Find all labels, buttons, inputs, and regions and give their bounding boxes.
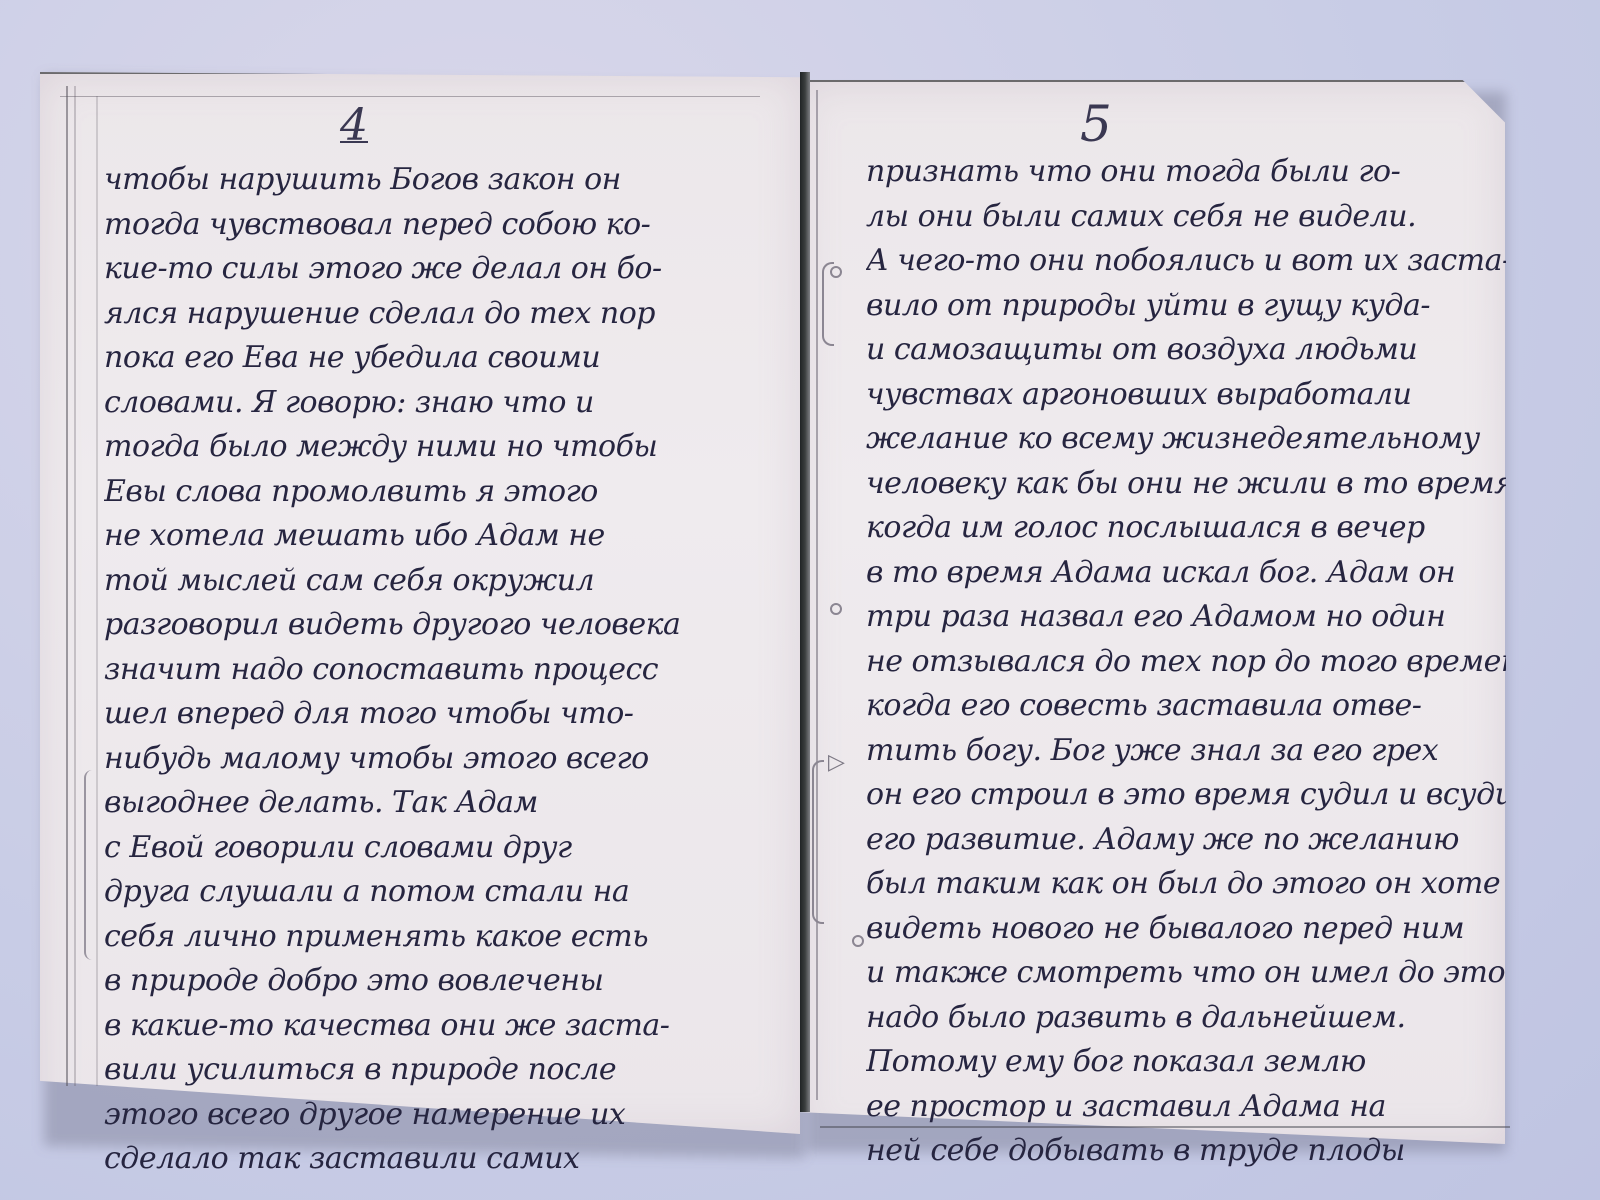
text-line: Евы слова промолвить я этого	[104, 470, 724, 515]
text-line: шел вперед для того чтобы что-	[104, 692, 724, 737]
text-line: признать что они тогда были го-	[866, 150, 1506, 195]
text-line: лы они были самих себя не видели.	[866, 195, 1506, 240]
text-line: вило от природы уйти в гущу куда-	[866, 284, 1506, 329]
book-spine	[800, 72, 810, 1112]
text-line: ялся нарушение сделал до тех пор	[104, 292, 724, 337]
text-line: пока его Ева не убедила своими	[104, 336, 724, 381]
left-margin-brace-mark	[84, 770, 94, 960]
text-line: ней себе добывать в труде плоды	[866, 1129, 1506, 1174]
text-line: той мыслей сам себя окружил	[104, 559, 724, 604]
margin-brace-mark	[822, 262, 834, 346]
text-line: и самозащиты от воздуха людьми	[866, 328, 1506, 373]
text-line: он его строил в это время судил и всудил	[866, 773, 1506, 818]
text-line: желание ко всему жизнедеятельному	[866, 417, 1506, 462]
text-line: себя лично применять какое есть	[104, 915, 724, 960]
text-line: в какие-то качества они же заста-	[104, 1004, 724, 1049]
text-line: три раза назвал его Адамом но один	[866, 595, 1506, 640]
text-line: нибудь малому чтобы этого всего	[104, 737, 724, 782]
text-line: видеть нового не бывалого перед ним	[866, 907, 1506, 952]
text-line: и также смотреть что он имел до этого	[866, 951, 1506, 996]
right-page-text: признать что они тогда были го- лы они б…	[866, 150, 1506, 1174]
text-line: его развитие. Адаму же по желанию	[866, 818, 1506, 863]
text-line: вили усилиться в природе после	[104, 1048, 724, 1093]
text-line: тогда было между ними но чтобы	[104, 425, 724, 470]
text-line: ее простор и заставил Адама на	[866, 1085, 1506, 1130]
text-line: когда его совесть заставила отве-	[866, 684, 1506, 729]
left-page-margin-line	[96, 96, 98, 1086]
text-line: человеку как бы они не жили в то время	[866, 462, 1506, 507]
text-line: чувствах аргоновших выработали	[866, 373, 1506, 418]
text-line: значит надо сопоставить процесс	[104, 648, 724, 693]
margin-brace-mark	[812, 760, 824, 924]
left-page-text: чтобы нарушить Богов закон он тогда чувс…	[104, 158, 724, 1182]
right-page-inner-edge	[816, 90, 818, 1100]
text-line: с Евой говорили словами друг	[104, 826, 724, 871]
text-line: разговорил видеть другого человека	[104, 603, 724, 648]
text-line: тогда чувствовал перед собою ко-	[104, 203, 724, 248]
text-line: выгоднее делать. Так Адам	[104, 781, 724, 826]
photo-background: 4 чтобы нарушить Богов закон он тогда чу…	[0, 0, 1600, 1200]
text-line: этого всего другое намерение их	[104, 1093, 724, 1138]
text-line: не отзывался до тех пор до того времени	[866, 640, 1506, 685]
text-line: чтобы нарушить Богов закон он	[104, 158, 724, 203]
text-line: был таким как он был до этого он хоте	[866, 862, 1506, 907]
text-line: кие-то силы этого же делал он бо-	[104, 247, 724, 292]
text-line: в природе добро это вовлечены	[104, 959, 724, 1004]
margin-circle-mark	[830, 603, 842, 615]
text-line: когда им голос послышался в вечер	[866, 506, 1506, 551]
text-line: надо было развить в дальнейшем.	[866, 996, 1506, 1041]
text-line: не хотела мешать ибо Адам не	[104, 514, 724, 559]
text-line: сделало так заставили самих	[104, 1137, 724, 1182]
text-line: тить богу. Бог уже знал за его грех	[866, 729, 1506, 774]
text-line: в то время Адама искал бог. Адам он	[866, 551, 1506, 596]
page-number-left: 4	[340, 100, 368, 151]
left-page-margin-line	[74, 86, 76, 1086]
text-line: А чего-то они побоялись и вот их застa-	[866, 239, 1506, 284]
margin-arrow-icon: ▷	[828, 750, 845, 775]
text-line: друга слушали а потом стали на	[104, 870, 724, 915]
text-line: Потому ему бог показал землю	[866, 1040, 1506, 1085]
page-number-right: 5	[1080, 95, 1112, 153]
left-page-top-rule	[60, 96, 760, 97]
left-page-margin-line	[66, 86, 68, 1086]
margin-circle-mark	[852, 935, 864, 947]
text-line: словами. Я говорю: знаю что и	[104, 381, 724, 426]
